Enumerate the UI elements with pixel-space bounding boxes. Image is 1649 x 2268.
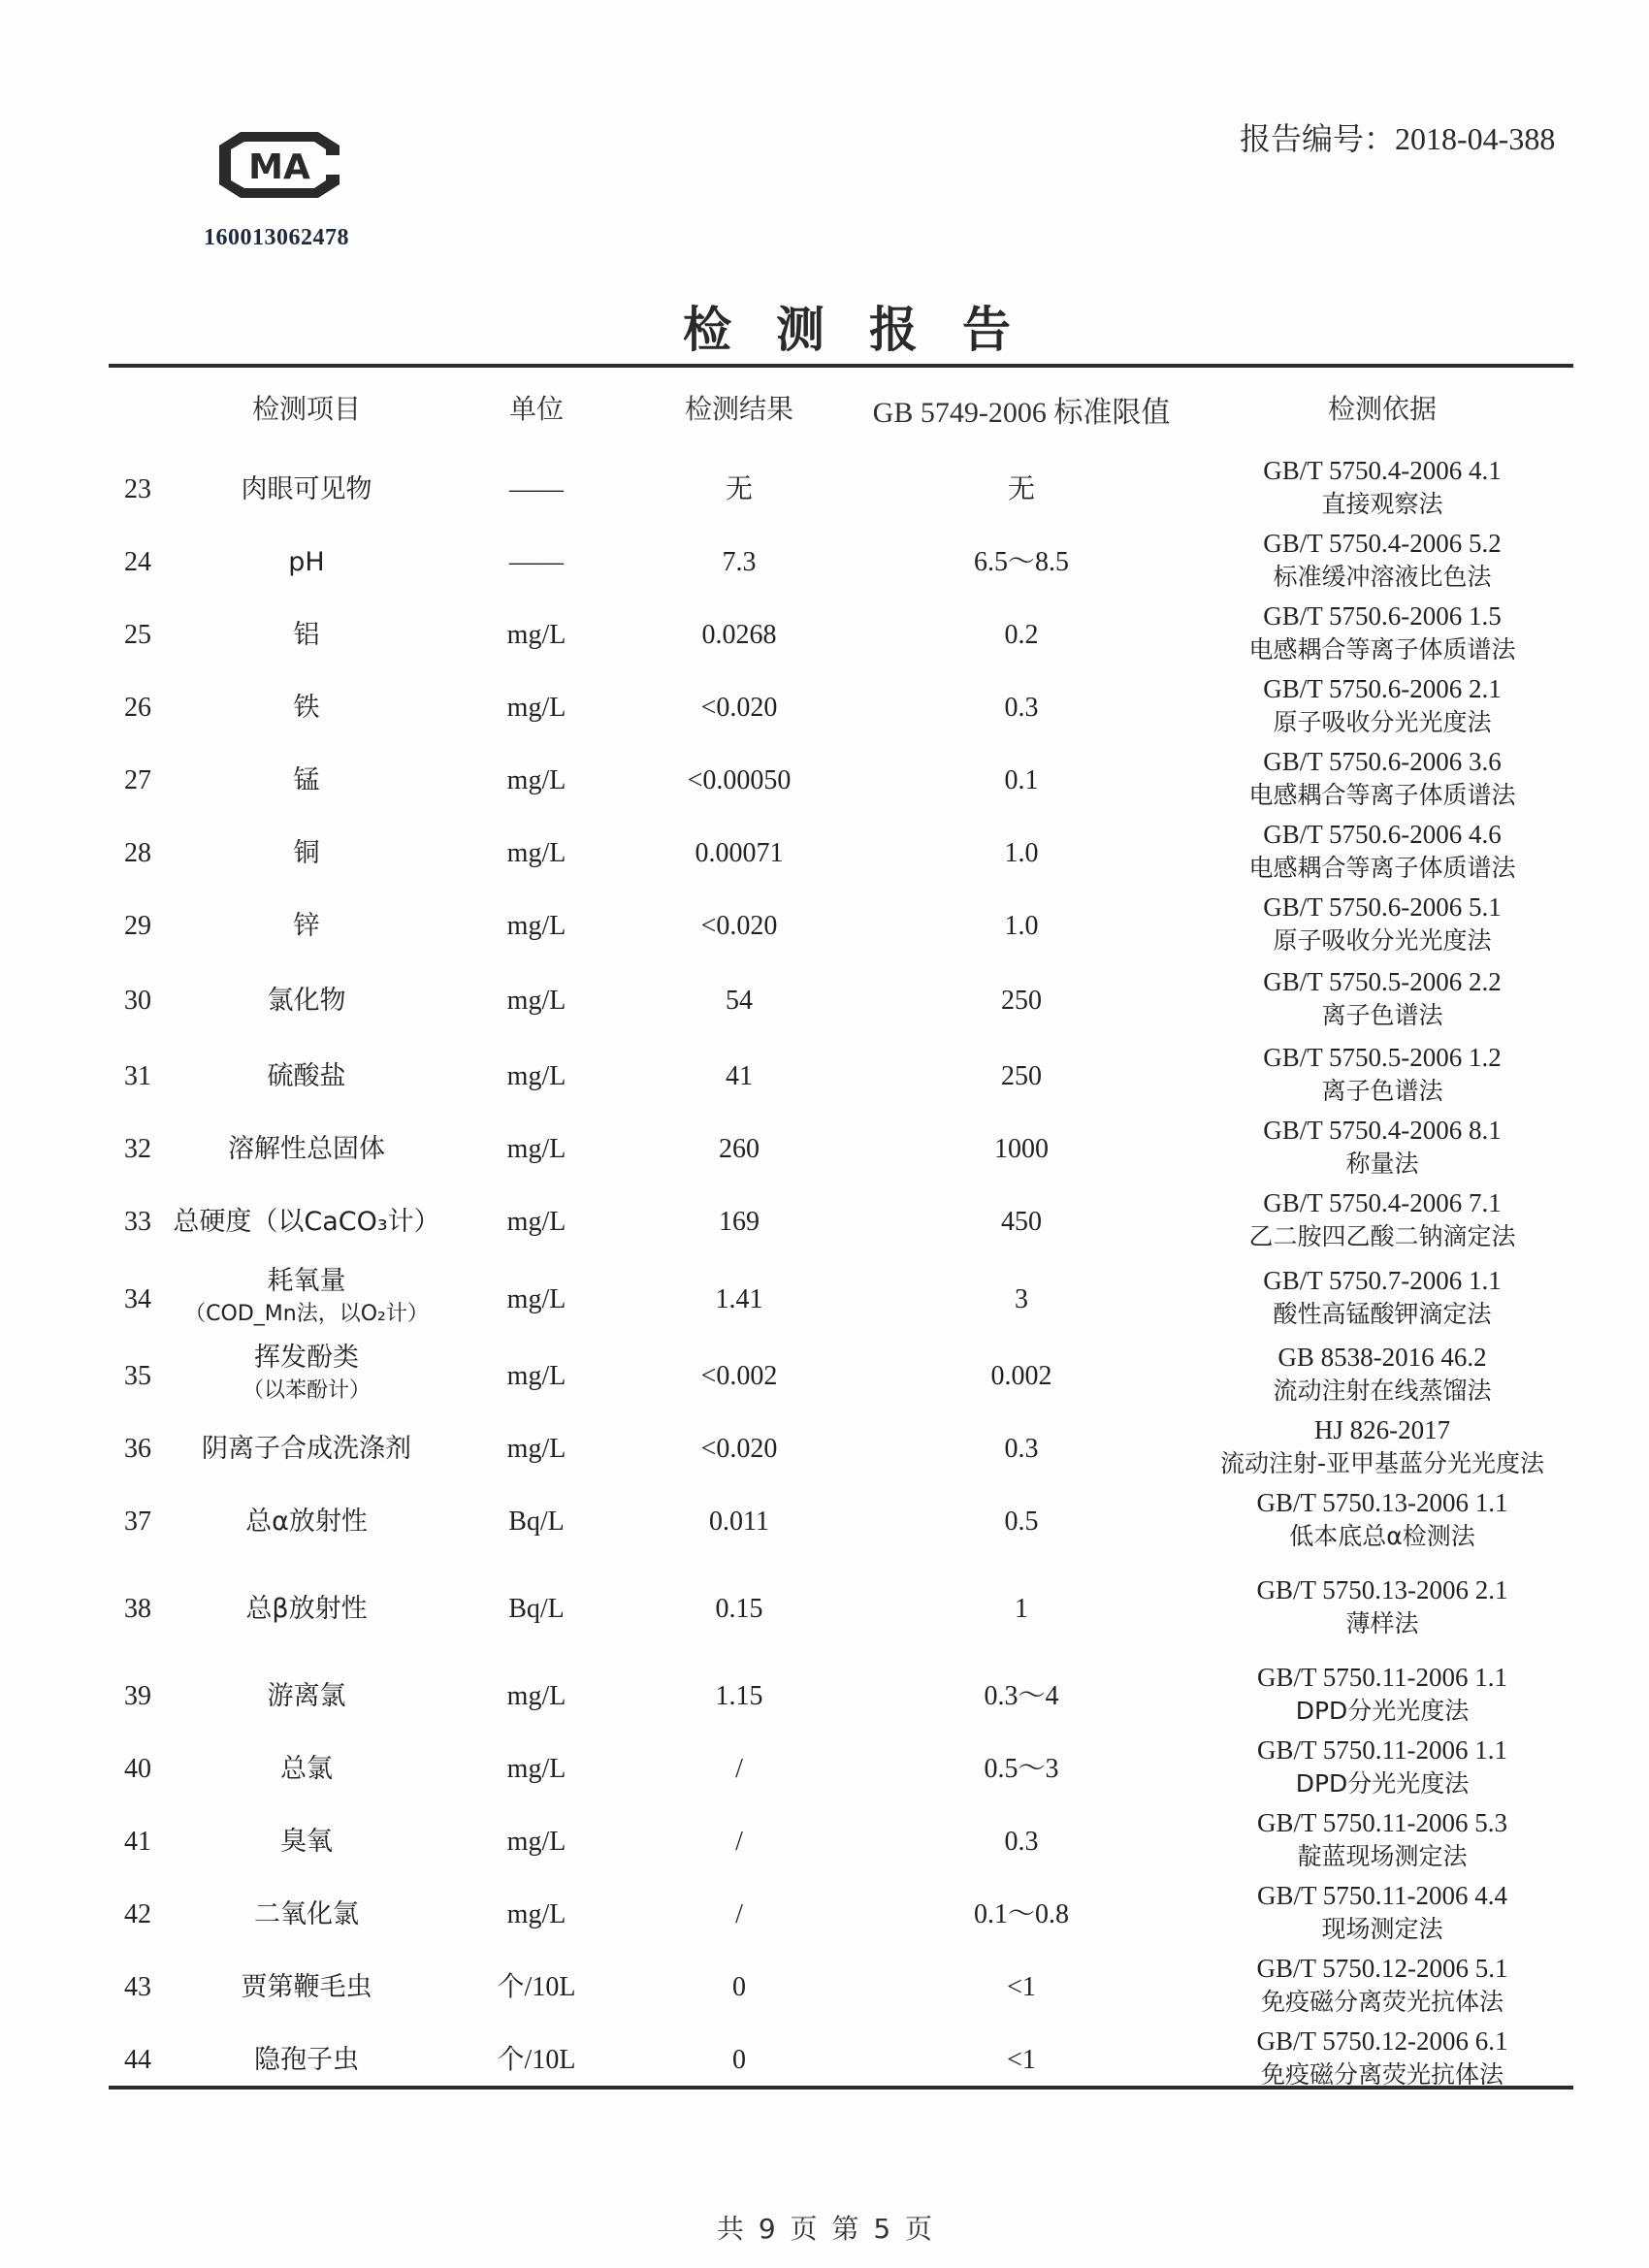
method-standard: GB/T 5750.6-2006 5.1 bbox=[1263, 891, 1502, 923]
page-title: 检测报告 bbox=[0, 291, 1649, 361]
cell-limit: 250 bbox=[1001, 985, 1042, 1018]
cell-limit: 0.3～4 bbox=[984, 1680, 1058, 1713]
method-name: 原子吸收分光光度法 bbox=[1263, 705, 1502, 740]
cell-item: 耗氧量 （COD_Mn法，以O₂计） bbox=[184, 1264, 429, 1330]
method-standard: GB/T 5750.13-2006 2.1 bbox=[1256, 1573, 1507, 1606]
table-row: 24 pH —— 7.3 6.5～8.5 GB/T 5750.4-2006 5.… bbox=[0, 527, 1649, 599]
method-name: 电感耦合等离子体质谱法 bbox=[1248, 778, 1515, 813]
column-header-item: 检测项目 bbox=[252, 388, 361, 427]
cell-unit: mg/L bbox=[507, 1360, 566, 1393]
page-footer-pagination: 共 9 页 第 5 页 bbox=[0, 2208, 1649, 2247]
cell-limit: 6.5～8.5 bbox=[974, 546, 1069, 579]
cell-result: <0.002 bbox=[701, 1360, 778, 1393]
table-row: 29 锌 mg/L <0.020 1.0 GB/T 5750.6-2006 5.… bbox=[0, 891, 1649, 963]
table-row: 41 臭氧 mg/L / 0.3 GB/T 5750.11-2006 5.3 靛… bbox=[0, 1806, 1649, 1879]
cell-limit: 3 bbox=[1015, 1283, 1028, 1316]
column-header-method: 检测依据 bbox=[1328, 388, 1437, 427]
cell-number: 23 bbox=[124, 473, 151, 506]
cell-method: GB/T 5750.7-2006 1.1 酸性高锰酸钾滴定法 bbox=[1263, 1264, 1502, 1332]
cell-result: 0.0268 bbox=[702, 619, 777, 652]
cell-result: <0.020 bbox=[701, 910, 778, 943]
method-name: 现场测定法 bbox=[1257, 1912, 1507, 1947]
cell-result: 0 bbox=[732, 2044, 746, 2077]
method-standard: GB/T 5750.11-2006 5.3 bbox=[1257, 1806, 1507, 1839]
cell-unit: mg/L bbox=[507, 837, 566, 870]
cell-unit: mg/L bbox=[507, 1060, 566, 1093]
cell-result: 1.41 bbox=[716, 1283, 763, 1316]
cell-item: 二氧化氯 bbox=[254, 1898, 359, 1931]
cell-limit: 0.3 bbox=[1005, 692, 1039, 725]
method-standard: GB/T 5750.12-2006 6.1 bbox=[1256, 2025, 1507, 2057]
table-row: 31 硫酸盐 mg/L 41 250 GB/T 5750.5-2006 1.2 … bbox=[0, 1041, 1649, 1114]
cell-item: 贾第鞭毛虫 bbox=[242, 1971, 372, 2004]
cell-unit: mg/L bbox=[507, 1433, 566, 1466]
cell-limit: 450 bbox=[1001, 1206, 1042, 1239]
cell-item: 臭氧 bbox=[280, 1826, 333, 1859]
table-row: 32 溶解性总固体 mg/L 260 1000 GB/T 5750.4-2006… bbox=[0, 1114, 1649, 1186]
cell-item: 游离氯 bbox=[268, 1680, 346, 1713]
cell-limit: 0.3 bbox=[1005, 1433, 1039, 1466]
cell-unit: Bq/L bbox=[508, 1593, 565, 1626]
cell-unit: mg/L bbox=[507, 1898, 566, 1931]
cell-method: GB/T 5750.6-2006 4.6 电感耦合等离子体质谱法 bbox=[1248, 818, 1515, 886]
method-name: 直接观察法 bbox=[1263, 487, 1502, 522]
method-name: 称量法 bbox=[1263, 1147, 1502, 1182]
cell-method: GB/T 5750.13-2006 2.1 薄样法 bbox=[1256, 1573, 1507, 1641]
cell-limit: 0.2 bbox=[1005, 619, 1039, 652]
cell-unit: mg/L bbox=[507, 1753, 566, 1786]
method-standard: GB/T 5750.5-2006 1.2 bbox=[1263, 1041, 1502, 1074]
method-name: 标准缓冲溶液比色法 bbox=[1263, 560, 1502, 595]
cell-limit: <1 bbox=[1007, 2044, 1036, 2077]
cell-limit: 0.5～3 bbox=[984, 1753, 1058, 1786]
cell-method: GB/T 5750.5-2006 1.2 离子色谱法 bbox=[1263, 1041, 1502, 1109]
table-row: 43 贾第鞭毛虫 个/10L 0 <1 GB/T 5750.12-2006 5.… bbox=[0, 1952, 1649, 2025]
cell-result: 169 bbox=[719, 1206, 760, 1239]
cell-number: 37 bbox=[124, 1506, 151, 1539]
cell-number: 42 bbox=[124, 1898, 151, 1931]
cell-limit: 0.1～0.8 bbox=[974, 1898, 1069, 1931]
method-name: 低本底总α检测法 bbox=[1256, 1519, 1507, 1554]
cell-unit: mg/L bbox=[507, 692, 566, 725]
cell-unit: mg/L bbox=[507, 1133, 566, 1166]
table-top-rule bbox=[109, 364, 1573, 368]
cell-number: 34 bbox=[124, 1283, 151, 1316]
cell-method: HJ 826-2017 流动注射-亚甲基蓝分光光度法 bbox=[1220, 1413, 1544, 1481]
cell-method: GB/T 5750.6-2006 5.1 原子吸收分光光度法 bbox=[1263, 891, 1502, 958]
method-standard: GB/T 5750.4-2006 4.1 bbox=[1263, 454, 1502, 487]
cell-item: 阴离子合成洗涤剂 bbox=[202, 1433, 411, 1466]
cell-limit: 1.0 bbox=[1005, 837, 1039, 870]
cell-result: 0.011 bbox=[709, 1506, 769, 1539]
cell-item: 铁 bbox=[294, 692, 320, 725]
cell-result: 0.15 bbox=[716, 1593, 763, 1626]
table-row: 34 耗氧量 （COD_Mn法，以O₂计） mg/L 1.41 3 GB/T 5… bbox=[0, 1264, 1649, 1337]
method-standard: GB/T 5750.11-2006 1.1 bbox=[1257, 1733, 1507, 1766]
report-number: 报告编号：2018-04-388 bbox=[1240, 114, 1555, 159]
cell-item: 锰 bbox=[294, 764, 320, 797]
item-note: （以苯酚计） bbox=[242, 1376, 371, 1407]
cell-result: <0.00050 bbox=[688, 764, 792, 797]
table-row: 38 总β放射性 Bq/L 0.15 1 GB/T 5750.13-2006 2… bbox=[0, 1573, 1649, 1646]
cell-result: / bbox=[735, 1826, 743, 1859]
table-row: 35 挥发酚类 （以苯酚计） mg/L <0.002 0.002 GB 8538… bbox=[0, 1341, 1649, 1413]
method-standard: GB/T 5750.6-2006 3.6 bbox=[1248, 745, 1515, 778]
method-name: 薄样法 bbox=[1256, 1606, 1507, 1641]
item-note: （COD_Mn法，以O₂计） bbox=[184, 1299, 429, 1330]
cell-limit: 无 bbox=[1008, 473, 1035, 506]
cell-method: GB/T 5750.4-2006 8.1 称量法 bbox=[1263, 1114, 1502, 1182]
cell-method: GB/T 5750.6-2006 3.6 电感耦合等离子体质谱法 bbox=[1248, 745, 1515, 813]
cell-number: 28 bbox=[124, 837, 151, 870]
cell-item: 硫酸盐 bbox=[268, 1060, 346, 1093]
cell-number: 31 bbox=[124, 1060, 151, 1093]
cell-result: / bbox=[735, 1753, 743, 1786]
cell-unit: 个/10L bbox=[498, 1971, 576, 2004]
cell-item: 总β放射性 bbox=[245, 1593, 367, 1626]
table-bottom-rule bbox=[109, 2086, 1573, 2090]
method-name: DPD分光光度法 bbox=[1257, 1766, 1507, 1801]
cell-limit: 1000 bbox=[994, 1133, 1049, 1166]
cell-item: 氯化物 bbox=[268, 985, 346, 1018]
cell-unit: —— bbox=[509, 473, 564, 506]
method-name: 流动注射在线蒸馏法 bbox=[1273, 1374, 1491, 1409]
method-standard: GB 8538-2016 46.2 bbox=[1273, 1341, 1491, 1374]
cell-result: 7.3 bbox=[723, 546, 757, 579]
cell-method: GB/T 5750.5-2006 2.2 离子色谱法 bbox=[1263, 965, 1502, 1033]
cell-number: 32 bbox=[124, 1133, 151, 1166]
item-name: 耗氧量 bbox=[184, 1264, 429, 1299]
cell-number: 40 bbox=[124, 1753, 151, 1786]
cell-method: GB/T 5750.13-2006 1.1 低本底总α检测法 bbox=[1256, 1486, 1507, 1554]
cell-item: 锌 bbox=[294, 910, 320, 943]
cell-item: 总氯 bbox=[280, 1753, 333, 1786]
cell-unit: 个/10L bbox=[498, 2044, 576, 2077]
method-name: 离子色谱法 bbox=[1263, 1074, 1502, 1109]
table-row: 40 总氯 mg/L / 0.5～3 GB/T 5750.11-2006 1.1… bbox=[0, 1733, 1649, 1806]
cell-number: 35 bbox=[124, 1360, 151, 1393]
cell-item: 肉眼可见物 bbox=[242, 473, 372, 506]
cell-method: GB/T 5750.11-2006 1.1 DPD分光光度法 bbox=[1257, 1733, 1507, 1801]
item-name: 挥发酚类 bbox=[242, 1341, 371, 1376]
method-standard: GB/T 5750.4-2006 8.1 bbox=[1263, 1114, 1502, 1147]
table-row: 39 游离氯 mg/L 1.15 0.3～4 GB/T 5750.11-2006… bbox=[0, 1661, 1649, 1733]
cell-item: pH bbox=[288, 546, 324, 579]
method-standard: GB/T 5750.13-2006 1.1 bbox=[1256, 1486, 1507, 1519]
cell-item: 挥发酚类 （以苯酚计） bbox=[242, 1341, 371, 1407]
cell-method: GB/T 5750.4-2006 4.1 直接观察法 bbox=[1263, 454, 1502, 522]
method-name: 免疫磁分离荧光抗体法 bbox=[1256, 1985, 1507, 2020]
cell-method: GB/T 5750.6-2006 2.1 原子吸收分光光度法 bbox=[1263, 672, 1502, 740]
method-name: 流动注射-亚甲基蓝分光光度法 bbox=[1220, 1446, 1544, 1481]
cell-result: 260 bbox=[719, 1133, 760, 1166]
method-standard: GB/T 5750.6-2006 2.1 bbox=[1263, 672, 1502, 705]
cell-limit: 0.3 bbox=[1005, 1826, 1039, 1859]
cell-method: GB 8538-2016 46.2 流动注射在线蒸馏法 bbox=[1273, 1341, 1491, 1409]
method-name: 原子吸收分光光度法 bbox=[1263, 923, 1502, 958]
method-name: 离子色谱法 bbox=[1263, 998, 1502, 1033]
method-name: DPD分光光度法 bbox=[1257, 1694, 1507, 1729]
method-standard: GB/T 5750.4-2006 5.2 bbox=[1263, 527, 1502, 560]
method-name: 电感耦合等离子体质谱法 bbox=[1248, 851, 1515, 886]
cell-number: 25 bbox=[124, 619, 151, 652]
cell-unit: —— bbox=[509, 546, 564, 579]
method-standard: HJ 826-2017 bbox=[1220, 1413, 1544, 1446]
table-row: 33 总硬度（以CaCO₃计） mg/L 169 450 GB/T 5750.4… bbox=[0, 1186, 1649, 1259]
cell-number: 27 bbox=[124, 764, 151, 797]
cell-method: GB/T 5750.11-2006 4.4 现场测定法 bbox=[1257, 1879, 1507, 1947]
method-standard: GB/T 5750.6-2006 4.6 bbox=[1248, 818, 1515, 851]
cell-number: 43 bbox=[124, 1971, 151, 2004]
method-standard: GB/T 5750.7-2006 1.1 bbox=[1263, 1264, 1502, 1297]
cell-limit: 250 bbox=[1001, 1060, 1042, 1093]
cell-result: <0.020 bbox=[701, 1433, 778, 1466]
cell-limit: 1 bbox=[1015, 1593, 1028, 1626]
cell-unit: mg/L bbox=[507, 1283, 566, 1316]
table-row: 23 肉眼可见物 —— 无 无 GB/T 5750.4-2006 4.1 直接观… bbox=[0, 454, 1649, 527]
method-standard: GB/T 5750.6-2006 1.5 bbox=[1248, 599, 1515, 632]
cell-result: 无 bbox=[726, 473, 753, 506]
table-row: 26 铁 mg/L <0.020 0.3 GB/T 5750.6-2006 2.… bbox=[0, 672, 1649, 745]
method-name: 电感耦合等离子体质谱法 bbox=[1248, 632, 1515, 667]
method-name: 乙二胺四乙酸二钠滴定法 bbox=[1248, 1219, 1515, 1254]
cell-number: 44 bbox=[124, 2044, 151, 2077]
table-row: 37 总α放射性 Bq/L 0.011 0.5 GB/T 5750.13-200… bbox=[0, 1486, 1649, 1559]
method-standard: GB/T 5750.12-2006 5.1 bbox=[1256, 1952, 1507, 1985]
cell-unit: mg/L bbox=[507, 1826, 566, 1859]
table-row: 28 铜 mg/L 0.00071 1.0 GB/T 5750.6-2006 4… bbox=[0, 818, 1649, 891]
column-header-limit: GB 5749-2006 标准限值 bbox=[873, 388, 1171, 431]
cell-result: <0.020 bbox=[701, 692, 778, 725]
cell-number: 29 bbox=[124, 910, 151, 943]
cell-method: GB/T 5750.4-2006 5.2 标准缓冲溶液比色法 bbox=[1263, 527, 1502, 595]
column-header-result: 检测结果 bbox=[685, 388, 793, 427]
cell-unit: mg/L bbox=[507, 985, 566, 1018]
table-row: 30 氯化物 mg/L 54 250 GB/T 5750.5-2006 2.2 … bbox=[0, 965, 1649, 1038]
cell-result: / bbox=[735, 1898, 743, 1931]
cell-unit: mg/L bbox=[507, 1680, 566, 1713]
cell-unit: Bq/L bbox=[508, 1506, 565, 1539]
method-name: 酸性高锰酸钾滴定法 bbox=[1263, 1297, 1502, 1332]
method-standard: GB/T 5750.11-2006 4.4 bbox=[1257, 1879, 1507, 1912]
table-row: 27 锰 mg/L <0.00050 0.1 GB/T 5750.6-2006 … bbox=[0, 745, 1649, 818]
cell-item: 铝 bbox=[294, 619, 320, 652]
cell-method: GB/T 5750.11-2006 5.3 靛蓝现场测定法 bbox=[1257, 1806, 1507, 1874]
cell-item: 隐孢子虫 bbox=[254, 2044, 359, 2077]
method-standard: GB/T 5750.4-2006 7.1 bbox=[1248, 1186, 1515, 1219]
cma-certificate-number: 160013062478 bbox=[204, 225, 349, 251]
cell-item: 溶解性总固体 bbox=[228, 1133, 385, 1166]
cell-item: 铜 bbox=[294, 837, 320, 870]
cell-limit: <1 bbox=[1007, 1971, 1036, 2004]
table-row: 36 阴离子合成洗涤剂 mg/L <0.020 0.3 HJ 826-2017 … bbox=[0, 1413, 1649, 1486]
cell-unit: mg/L bbox=[507, 619, 566, 652]
method-standard: GB/T 5750.11-2006 1.1 bbox=[1257, 1661, 1507, 1694]
cell-method: GB/T 5750.6-2006 1.5 电感耦合等离子体质谱法 bbox=[1248, 599, 1515, 667]
cell-result: 0 bbox=[732, 1971, 746, 2004]
cell-result: 0.00071 bbox=[695, 837, 784, 870]
column-header-unit: 单位 bbox=[509, 388, 564, 427]
cell-number: 38 bbox=[124, 1593, 151, 1626]
cell-result: 41 bbox=[726, 1060, 753, 1093]
cell-method: GB/T 5750.4-2006 7.1 乙二胺四乙酸二钠滴定法 bbox=[1248, 1186, 1515, 1254]
cell-unit: mg/L bbox=[507, 1206, 566, 1239]
table-row: 42 二氧化氯 mg/L / 0.1～0.8 GB/T 5750.11-2006… bbox=[0, 1879, 1649, 1952]
cell-unit: mg/L bbox=[507, 910, 566, 943]
cell-item: 总α放射性 bbox=[245, 1506, 368, 1539]
cma-certification-logo-icon: MA bbox=[211, 126, 347, 204]
cell-number: 36 bbox=[124, 1433, 151, 1466]
cell-limit: 0.1 bbox=[1005, 764, 1039, 797]
cell-limit: 0.002 bbox=[991, 1360, 1052, 1393]
cell-limit: 0.5 bbox=[1005, 1506, 1039, 1539]
method-name: 靛蓝现场测定法 bbox=[1257, 1839, 1507, 1874]
cell-result: 1.15 bbox=[716, 1680, 763, 1713]
cell-unit: mg/L bbox=[507, 764, 566, 797]
cell-limit: 1.0 bbox=[1005, 910, 1039, 943]
cell-number: 33 bbox=[124, 1206, 151, 1239]
cell-number: 41 bbox=[124, 1826, 151, 1859]
table-row: 25 铝 mg/L 0.0268 0.2 GB/T 5750.6-2006 1.… bbox=[0, 599, 1649, 672]
svg-text:MA: MA bbox=[248, 147, 310, 187]
cell-result: 54 bbox=[726, 985, 753, 1018]
cell-number: 39 bbox=[124, 1680, 151, 1713]
cell-method: GB/T 5750.11-2006 1.1 DPD分光光度法 bbox=[1257, 1661, 1507, 1729]
cell-number: 30 bbox=[124, 985, 151, 1018]
cell-number: 24 bbox=[124, 546, 151, 579]
method-standard: GB/T 5750.5-2006 2.2 bbox=[1263, 965, 1502, 998]
cell-method: GB/T 5750.12-2006 6.1 免疫磁分离荧光抗体法 bbox=[1256, 2025, 1507, 2092]
cell-item: 总硬度（以CaCO₃计） bbox=[173, 1206, 439, 1239]
cell-method: GB/T 5750.12-2006 5.1 免疫磁分离荧光抗体法 bbox=[1256, 1952, 1507, 2020]
cell-number: 26 bbox=[124, 692, 151, 725]
